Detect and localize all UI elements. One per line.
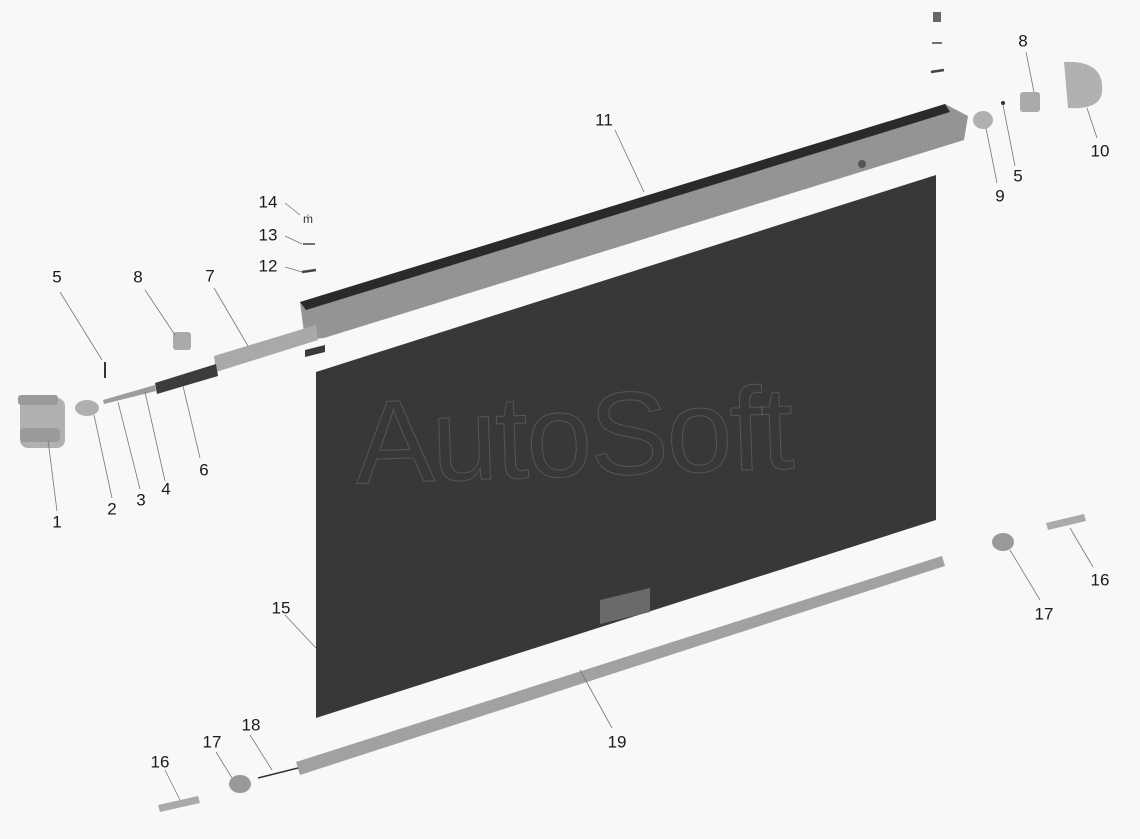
callout-14: 14: [259, 194, 278, 211]
callout-1: 1: [52, 514, 61, 531]
callout-4: 4: [161, 481, 170, 498]
callout-3: 3: [136, 492, 145, 509]
callout-16-right: 16: [1091, 572, 1110, 589]
bracket-1: [18, 395, 65, 448]
callout-12: 12: [259, 258, 278, 275]
callout-13: 13: [259, 227, 278, 244]
rod-3-4: [103, 385, 156, 404]
callout-5-right: 5: [1013, 168, 1022, 185]
bracket-10: [1064, 62, 1102, 108]
bushing-17-left: [229, 775, 251, 793]
clip-8-left: [173, 332, 191, 350]
callout-10: 10: [1091, 143, 1110, 160]
wire-18: [258, 768, 298, 778]
pin-5-right: [1001, 101, 1005, 105]
bushing-17-right: [992, 533, 1014, 551]
tube-7: [214, 325, 318, 372]
callout-15: 15: [272, 600, 291, 617]
callout-2: 2: [107, 501, 116, 518]
callout-6: 6: [199, 462, 208, 479]
watermark: AutoSoft: [353, 360, 794, 511]
callout-9: 9: [995, 188, 1004, 205]
callout-11: 11: [595, 112, 613, 129]
bushing-2: [75, 400, 99, 416]
callout-17-left: 17: [203, 734, 222, 751]
bushing-9: [973, 111, 993, 129]
callout-17-right: 17: [1035, 606, 1054, 623]
callout-16-left: 16: [151, 754, 170, 771]
callout-7: 7: [205, 268, 214, 285]
callout-19: 19: [608, 734, 627, 751]
callout-8-left: 8: [133, 269, 142, 286]
screws-left: ṁ: [302, 212, 316, 272]
callout-5-left: 5: [52, 269, 61, 286]
callout-8-right: 8: [1018, 33, 1027, 50]
svg-text:ṁ: ṁ: [303, 212, 313, 226]
callout-18: 18: [242, 717, 261, 734]
screws-right: [931, 12, 944, 72]
pin-16-right: [1046, 514, 1086, 530]
clip-8-right: [1020, 92, 1040, 112]
spring-6: [155, 364, 218, 394]
